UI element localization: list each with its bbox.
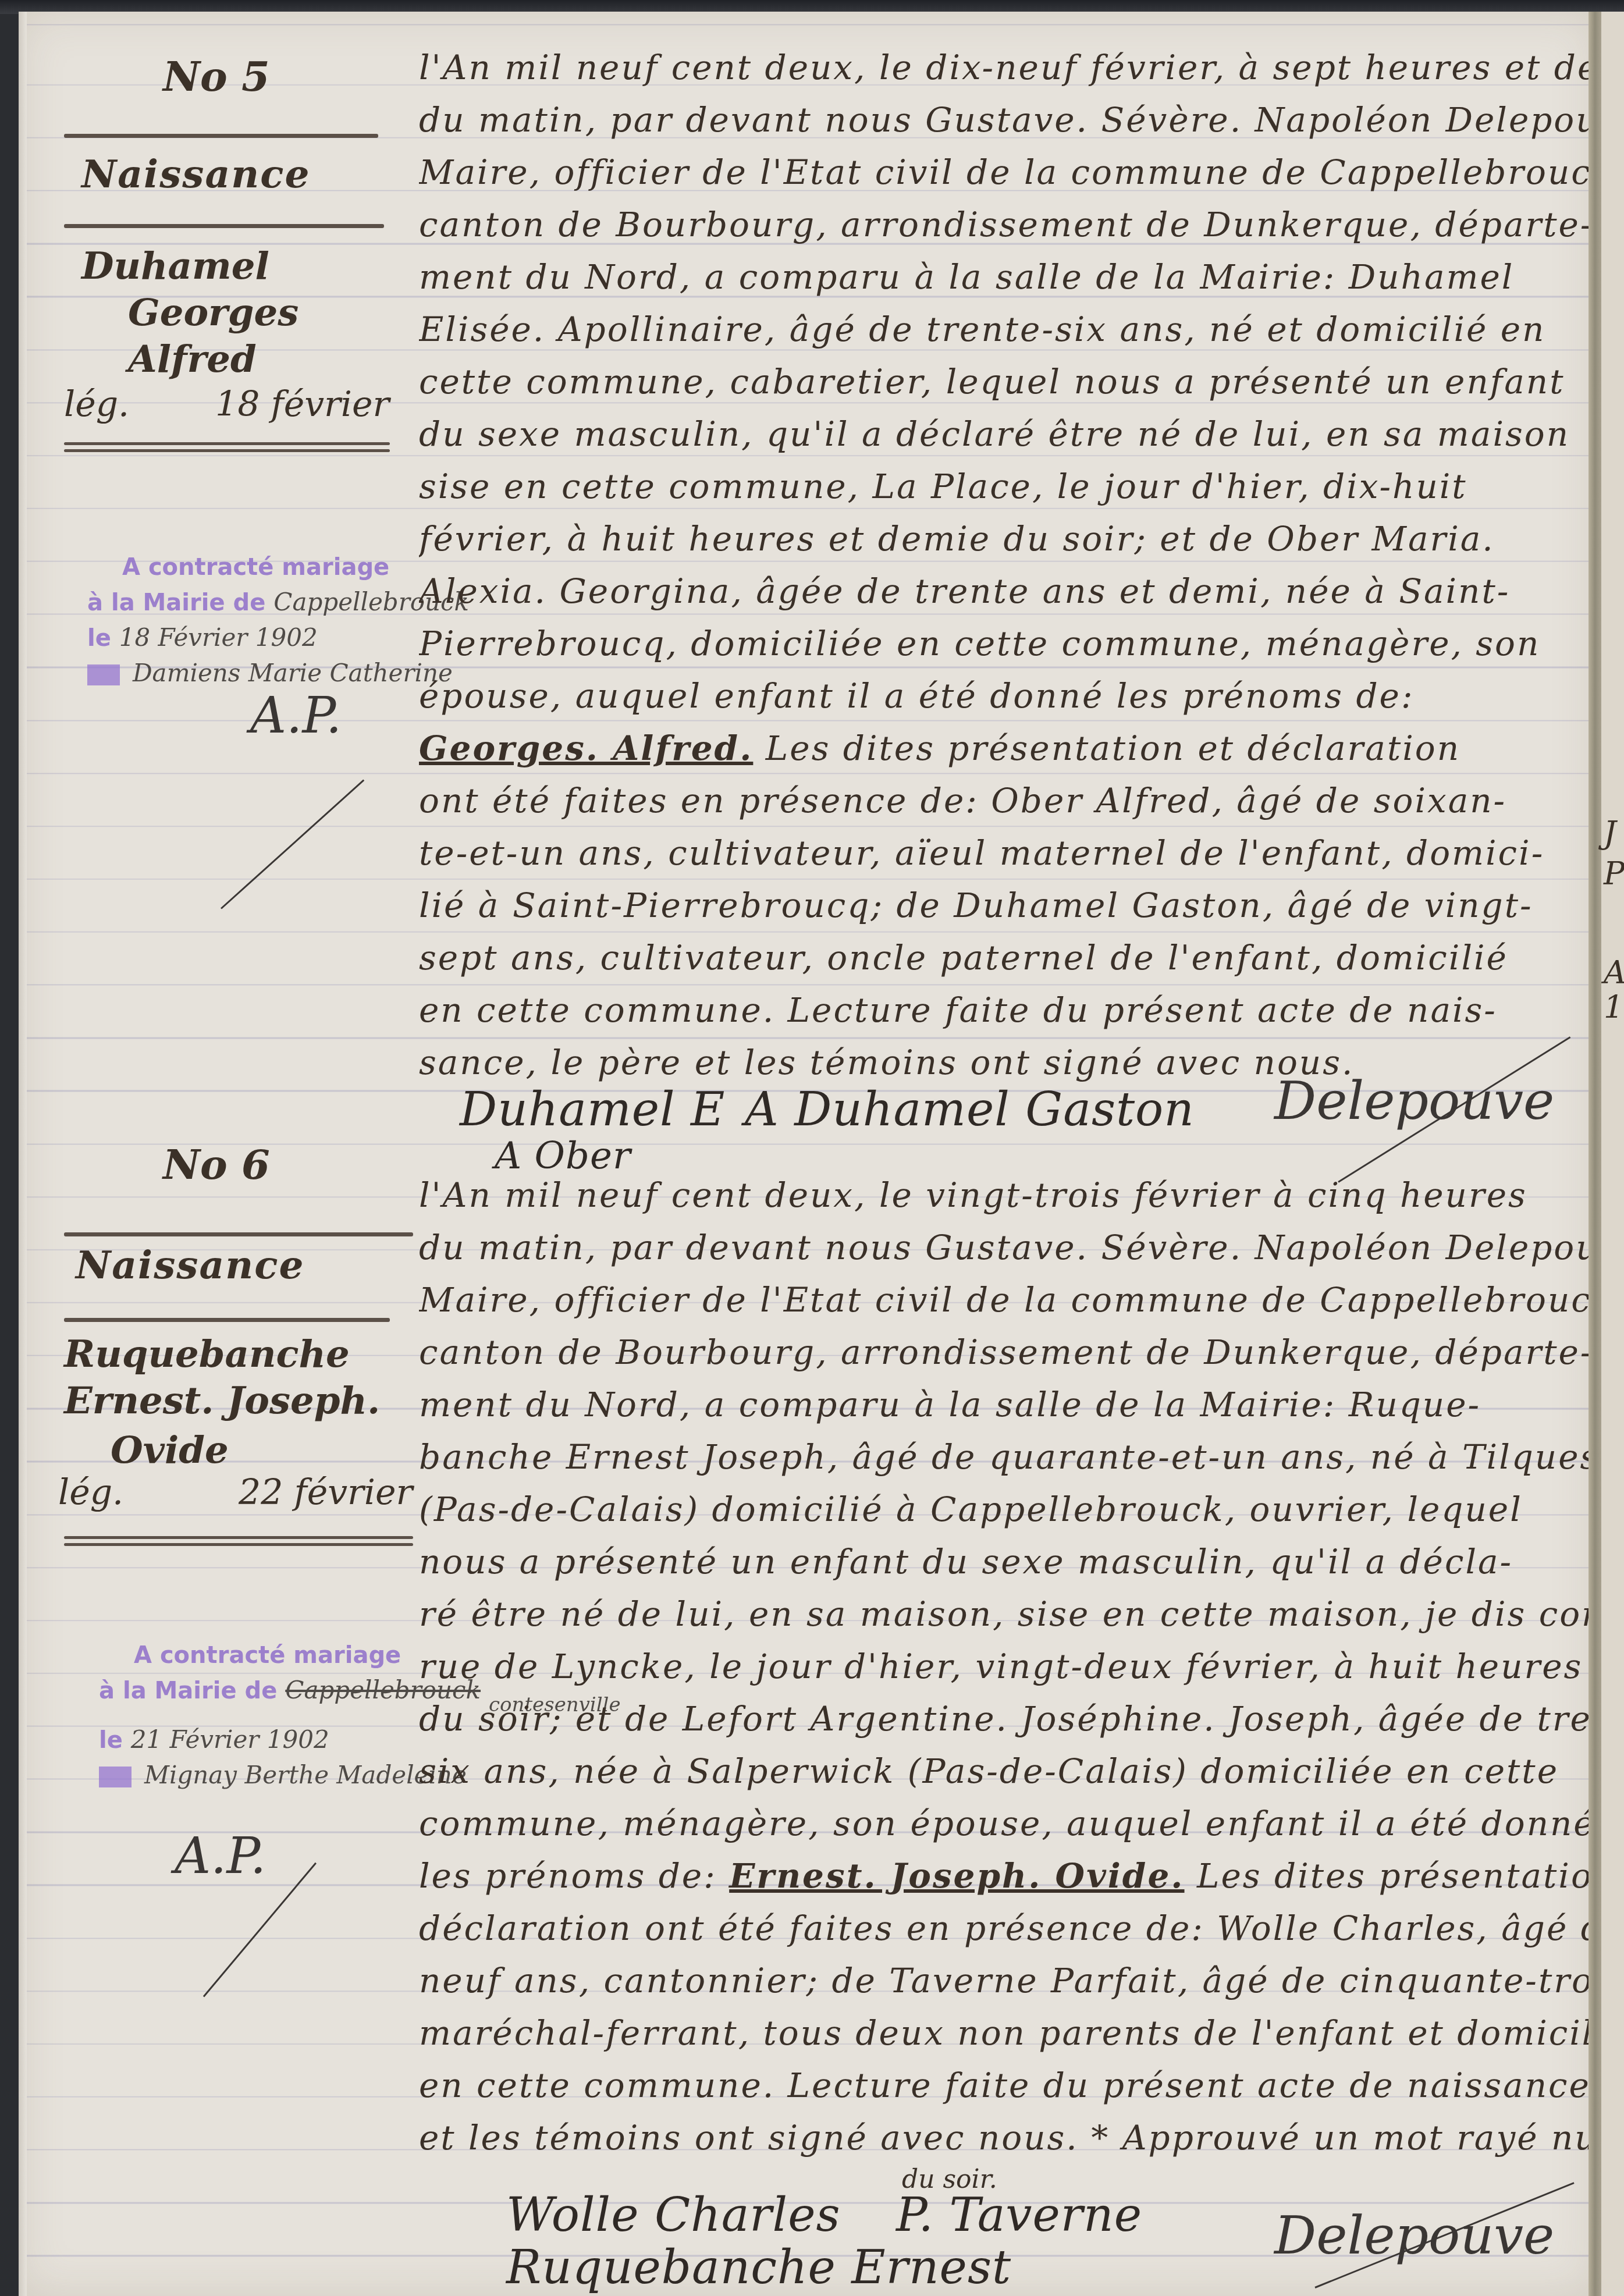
signature-witness: P. Taverne	[896, 2188, 1142, 2242]
double-rule	[64, 449, 390, 452]
act-text-line: en cette commune. Lecture faite du prése…	[419, 2066, 1589, 2105]
given-names-underlined: Georges. Alfred.	[419, 728, 753, 768]
act-text-line: commune, ménagère, son épouse, auquel en…	[419, 1804, 1589, 1843]
act-text-line: Pierrebroucq, domiciliée en cette commun…	[419, 624, 1589, 663]
act-text-line: l'An mil neuf cent deux, le vingt-trois …	[419, 1175, 1589, 1215]
stamp-line-4: Damiens Marie Catherine	[87, 656, 469, 691]
stamp-line-2: à la Mairie de Cappellebrouck	[87, 585, 469, 620]
act-text-line: canton de Bourbourg, arrondissement de D…	[419, 205, 1589, 244]
entry-type-title: Naissance	[81, 151, 310, 197]
act-text-line: six ans, née à Salperwick (Pas-de-Calais…	[419, 1751, 1589, 1791]
double-rule	[64, 1543, 413, 1546]
stamp-date-handwritten: 18 Février 1902	[119, 623, 318, 652]
facing-page-text: P	[1604, 855, 1624, 892]
heavy-rule	[64, 134, 378, 138]
act-text-line: ré être né de lui, en sa maison, sise en…	[419, 1594, 1589, 1634]
act-text-line: ment du Nord, a comparu à la salle de la…	[419, 257, 1589, 297]
act-text-line: du sexe masculin, qu'il a déclaré être n…	[419, 414, 1589, 454]
act-text-line: Elisée. Apollinaire, âgé de trente-six a…	[419, 310, 1589, 349]
stamp-line-2-prefix: à la Mairie de	[99, 1677, 277, 1704]
heavy-rule	[64, 224, 384, 228]
act-text-line: maréchal-ferrant, tous deux non parents …	[419, 2013, 1589, 2053]
legitimate-label: lég.	[64, 384, 129, 425]
double-rule	[64, 442, 390, 445]
child-surname: Ruquebanche	[64, 1332, 350, 1376]
stamp-line-3: le 18 Février 1902	[87, 620, 469, 656]
act-text-line: ment du Nord, a comparu à la salle de la…	[419, 1385, 1589, 1424]
act-text-continuation: Les dites présentation et	[1197, 1856, 1589, 1896]
margin-column: No 5 Naissance Duhamel Georges Alfred lé…	[64, 0, 413, 2296]
child-given-name: Ovide	[111, 1428, 229, 1472]
signature-witness: A Duhamel Gaston	[745, 1082, 1195, 1136]
act-text-line: Alexia. Georgina, âgée de trente ans et …	[419, 571, 1589, 611]
stamp-spouse-handwritten: Mignay Berthe Madeleine	[144, 1761, 467, 1789]
act-text-line: sept ans, cultivateur, oncle paternel de…	[419, 938, 1589, 978]
act-text-line: te-et-un ans, cultivateur, aïeul materne…	[419, 833, 1589, 873]
act-text-line: lié à Saint-Pierrebroucq; de Duhamel Gas…	[419, 886, 1589, 925]
act-text-line: en cette commune. Lecture faite du prése…	[419, 990, 1589, 1030]
heavy-rule	[64, 1232, 413, 1236]
page-left-edge	[19, 12, 27, 2296]
act-text-continuation: Les dites présentation et déclaration	[766, 728, 1460, 768]
heavy-rule	[64, 1318, 390, 1322]
act-text-line: du matin, par devant nous Gustave. Sévèr…	[419, 100, 1589, 140]
stamp-line-1: A contracté mariage	[87, 550, 469, 585]
act-text-line: déclaration ont été faites en présence d…	[419, 1908, 1589, 1948]
signature-mayor: Delepouve	[1274, 1071, 1554, 1132]
signature-father: Ruquebanche Ernest	[506, 2240, 1011, 2294]
book-gutter	[1589, 12, 1601, 2296]
entry-type-title: Naissance	[76, 1242, 304, 1288]
facing-page-text: Ap	[1604, 954, 1624, 991]
entry-number: No 6	[163, 1140, 270, 1189]
marriage-stamp: A contracté mariage à la Mairie de Cappe…	[87, 550, 469, 691]
stamp-ink-block	[87, 664, 120, 685]
act-text-line: du matin, par devant nous Gustave. Sévèr…	[419, 1228, 1589, 1267]
signature-witness: Wolle Charles	[506, 2188, 841, 2242]
act-text-line: Maire, officier de l'Etat civil de la co…	[419, 1280, 1589, 1320]
child-surname: Duhamel	[81, 244, 269, 288]
stamp-spouse-handwritten: Damiens Marie Catherine	[133, 659, 453, 687]
act-text-line: rue de Lyncke, le jour d'hier, vingt-deu…	[419, 1647, 1589, 1686]
paraph-initials: A.P.	[250, 687, 342, 745]
entry-number: No 5	[163, 52, 270, 101]
stamp-line-3-prefix: le	[99, 1727, 123, 1754]
signature-witness: A Ober	[495, 1135, 631, 1178]
birth-date: 18 février	[215, 384, 389, 425]
act-text-line: cette commune, cabaretier, lequel nous a…	[419, 362, 1589, 401]
act-text-line: (Pas-de-Calais) domicilié à Cappellebrou…	[419, 1490, 1589, 1529]
act-text-line: février, à huit heures et demie du soir;…	[419, 519, 1589, 559]
given-names-underlined: Ernest. Joseph. Ovide.	[729, 1856, 1184, 1896]
facing-page-fragment: J P Ap 17	[1601, 12, 1624, 2296]
act-text-line: et les témoins ont signé avec nous. * Ap…	[419, 2118, 1589, 2158]
paraph-stroke	[221, 780, 364, 909]
act-text-line: nous a présenté un enfant du sexe mascul…	[419, 1542, 1589, 1581]
child-given-name: Alfred	[128, 337, 257, 381]
act-text-segment: les prénoms de:	[419, 1856, 717, 1896]
act-text-line: canton de Bourbourg, arrondissement de D…	[419, 1332, 1589, 1372]
paraph-initials: A.P.	[175, 1827, 266, 1885]
act-text-line: du soir; et de Lefort Argentine. Joséphi…	[419, 1699, 1589, 1739]
birth-date: 22 février	[239, 1472, 413, 1513]
act-text-line: les prénoms de: Ernest. Joseph. Ovide. L…	[419, 1856, 1589, 1896]
act-text-line: ont été faites en présence de: Ober Alfr…	[419, 781, 1589, 820]
child-given-name: Ernest. Joseph.	[64, 1379, 380, 1423]
double-rule	[64, 1536, 413, 1539]
child-given-name: Georges	[128, 291, 298, 335]
facing-page-text: J	[1604, 815, 1616, 851]
act-text-line: sise en cette commune, La Place, le jour…	[419, 467, 1589, 506]
stamp-line-2-prefix: à la Mairie de	[87, 589, 265, 616]
stamp-line-3-prefix: le	[87, 625, 111, 652]
act-text-line: Georges. Alfred. Les dites présentation …	[419, 728, 1589, 768]
act-text-line: épouse, auquel enfant il a été donné les…	[419, 676, 1589, 716]
facing-page-text: 17	[1604, 989, 1624, 1026]
act-text-line: l'An mil neuf cent deux, le dix-neuf fév…	[419, 48, 1589, 87]
act-text-line: neuf ans, cantonnier; de Taverne Parfait…	[419, 1961, 1589, 2000]
signature-father: Duhamel E	[460, 1082, 726, 1136]
legitimate-label: lég.	[58, 1472, 123, 1513]
stamp-date-handwritten: 21 Février 1902	[131, 1725, 329, 1754]
act-text-line: Maire, officier de l'Etat civil de la co…	[419, 152, 1589, 192]
signature-mayor: Delepouve	[1274, 2205, 1554, 2266]
act-text-line: banche Ernest Joseph, âgé de quarante-et…	[419, 1437, 1589, 1477]
stamp-ink-block	[99, 1767, 132, 1787]
